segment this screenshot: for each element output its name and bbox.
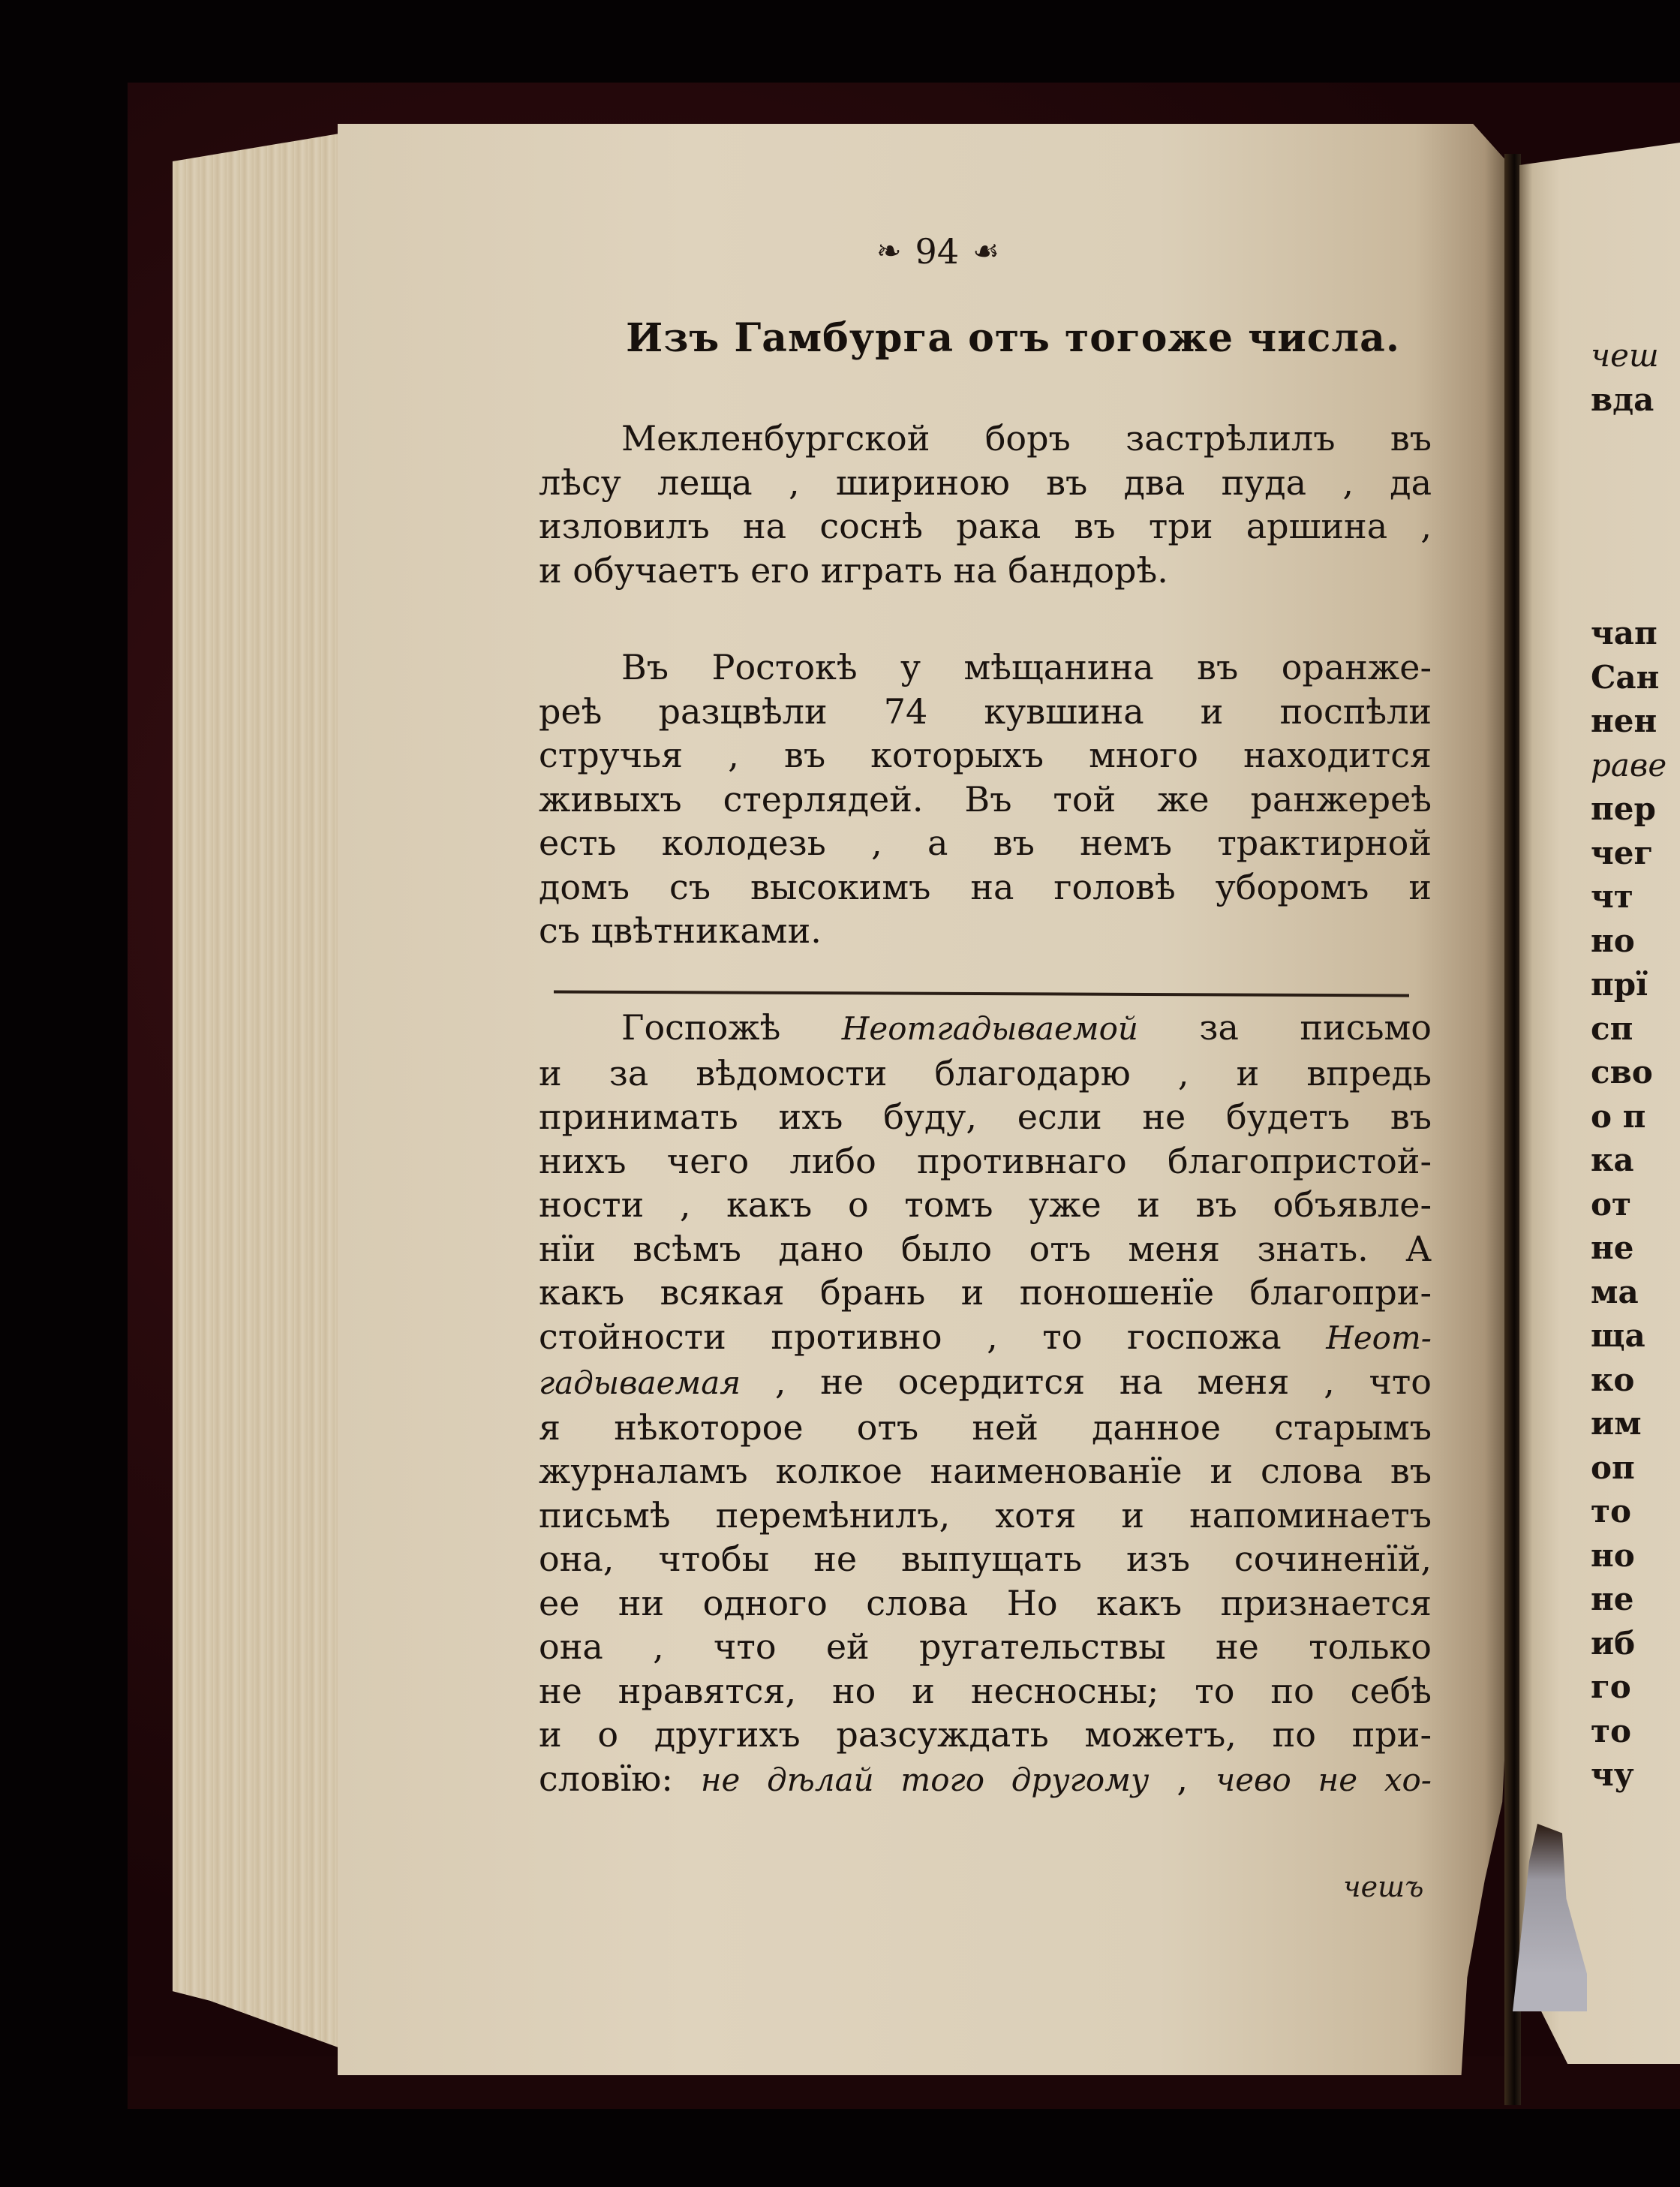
ornament-right-icon: ☙ — [972, 234, 999, 269]
section-heading: Изъ Гамбурга отъ тогоже числа. — [615, 315, 1411, 361]
text-fragment: чт — [1591, 875, 1666, 919]
page-stack-edges — [173, 131, 353, 2053]
text-line: она, чтобы не выпущать изъ сочиненїй, — [539, 1537, 1432, 1581]
text-line: и обучаетъ его играть на бандорѣ. — [539, 549, 1432, 593]
text-line: стручья , въ которыхъ много находится — [539, 733, 1432, 778]
text-fragment: не — [1591, 1578, 1666, 1622]
paragraph-letter-reply: Госпожѣ Неотгадываемой за письмо и за вѣ… — [539, 1006, 1432, 1802]
italic-proverb: чево не хо- — [1216, 1761, 1432, 1798]
text-fragment: раве — [1591, 744, 1666, 788]
italic-name: Неотгадываемой — [842, 1010, 1138, 1047]
text-line: ее ни одного слова Но какъ признается — [539, 1581, 1432, 1626]
text-fragment: ка — [1591, 1139, 1666, 1183]
text-run: Госпожѣ — [621, 1007, 842, 1048]
italic-proverb: не дѣлай того другому — [701, 1761, 1150, 1798]
text-fragment: ко — [1591, 1358, 1666, 1403]
text-line: Мекленбургской боръ застрѣлилъ въ — [539, 417, 1432, 461]
text-fragment: го — [1591, 1665, 1666, 1710]
text-line: ности , какъ о томъ уже и въ объявле- — [539, 1183, 1432, 1227]
text-fragment: о п — [1591, 1095, 1666, 1139]
text-run: , не осердится на меня , что — [741, 1361, 1432, 1402]
text-line: не нравятся, но и несносны; то по себѣ — [539, 1669, 1432, 1713]
text-fragment: ща — [1591, 1314, 1666, 1358]
paragraph-rostock: Въ Ростокѣ у мѣщанина въ оранже- реѣ раз… — [539, 645, 1432, 953]
text-line: какъ всякая брань и поношенїе благопри- — [539, 1271, 1432, 1315]
page-number: 94 — [915, 231, 960, 272]
text-fragment: то — [1591, 1710, 1666, 1754]
book-gutter — [1504, 154, 1521, 2105]
text-line: она , что ей ругательствы не только — [539, 1625, 1432, 1669]
text-fragment: чег — [1591, 832, 1666, 876]
text-fragment: чеш — [1591, 334, 1659, 378]
text-fragment: сво — [1591, 1051, 1666, 1095]
text-line: съ цвѣтниками. — [539, 909, 1432, 953]
text-line: нихъ чего либо противнаго благопристой- — [539, 1139, 1432, 1184]
text-fragment: то — [1591, 1490, 1666, 1534]
text-fragment: ма — [1591, 1271, 1666, 1315]
text-line: Въ Ростокѣ у мѣщанина въ оранже- — [539, 645, 1432, 690]
text-line: лѣсу леща , шириною въ два пуда , да — [539, 461, 1432, 505]
text-run: словїю: — [539, 1758, 701, 1799]
text-fragment: оп — [1591, 1446, 1666, 1491]
text-line: живыхъ стерлядей. Въ той же ранжереѣ — [539, 778, 1432, 822]
text-line: письмѣ перемѣнилъ, хотя и напоминаетъ — [539, 1494, 1432, 1538]
text-fragment: от — [1591, 1183, 1666, 1227]
text-fragment: чап — [1591, 612, 1666, 656]
text-line: и за вѣдомости благодарю , и впредь — [539, 1051, 1432, 1096]
text-line: я нѣкоторое отъ ней данное старымъ — [539, 1406, 1432, 1450]
text-line: Госпожѣ Неотгадываемой за письмо — [539, 1006, 1432, 1051]
text-run: стойности противно , то госпожа — [539, 1316, 1326, 1357]
text-line: гадываемая , не осердится на меня , что — [539, 1360, 1432, 1406]
text-line: и о другихъ разсуждать можетъ, по при- — [539, 1713, 1432, 1757]
text-line: есть колодезь , а въ немъ трактирной — [539, 821, 1432, 865]
text-fragment: прї — [1591, 963, 1666, 1007]
text-line: реѣ разцвѣли 74 кувшина и поспѣли — [539, 690, 1432, 734]
text-line: стойности противно , то госпожа Неот- — [539, 1315, 1432, 1361]
facing-page-top-fragments: чеш вда — [1591, 334, 1659, 422]
text-fragment: но — [1591, 1534, 1666, 1578]
catchword: чешъ — [1343, 1870, 1423, 1903]
text-run: за письмо — [1138, 1007, 1432, 1048]
text-fragment: Сан — [1591, 656, 1666, 700]
text-fragment: чу — [1591, 1753, 1666, 1797]
text-line: словїю: не дѣлай того другому , чево не … — [539, 1757, 1432, 1803]
text-fragment: но — [1591, 919, 1666, 964]
facing-page-body-fragments: чап Сан нен раве пер чег чт но прї сп св… — [1591, 612, 1666, 1797]
text-fragment: пер — [1591, 787, 1666, 832]
italic-name: гадываемая — [539, 1364, 741, 1401]
text-line: изловилъ на соснѣ рака въ три аршина , — [539, 504, 1432, 549]
text-fragment: сп — [1591, 1007, 1666, 1051]
text-line: журналамъ колкое наименованїе и слова въ — [539, 1449, 1432, 1494]
italic-name: Неот- — [1326, 1319, 1432, 1356]
text-fragment: им — [1591, 1402, 1666, 1446]
text-fragment: иб — [1591, 1622, 1666, 1666]
ornament-left-icon: ❧ — [876, 234, 902, 269]
text-fragment: нен — [1591, 699, 1666, 744]
page-header: ❧ 94 ☙ — [788, 225, 1088, 278]
paragraph-mecklenburg: Мекленбургской боръ застрѣлилъ въ лѣсу л… — [539, 417, 1432, 592]
text-run: , — [1149, 1758, 1216, 1799]
text-line: домъ съ высокимъ на головѣ уборомъ и — [539, 865, 1432, 910]
text-fragment: не — [1591, 1226, 1666, 1271]
text-line: принимать ихъ буду, если не будетъ въ — [539, 1095, 1432, 1139]
text-line: нїи всѣмъ дано было отъ меня знать. А — [539, 1227, 1432, 1271]
text-fragment: вда — [1591, 378, 1659, 423]
